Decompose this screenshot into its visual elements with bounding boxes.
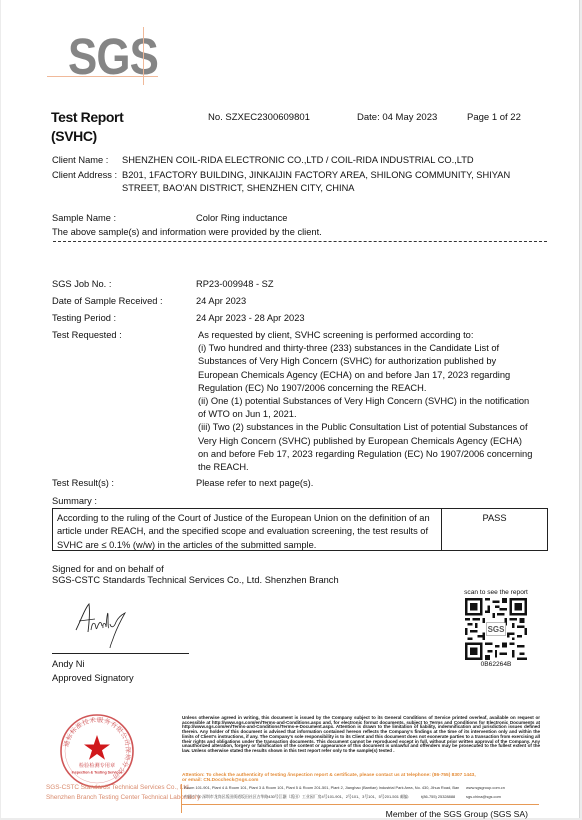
test-requested-text: As requested by client, SVHC screening i… xyxy=(198,329,548,474)
footer-phone: t(86-755) 25328888 xyxy=(421,794,455,799)
test-result-value: Please refer to next page(s). xyxy=(196,477,313,489)
logo-guide-line xyxy=(47,76,158,77)
requested-line: on and before Feb 17, 2023 regarding Reg… xyxy=(198,448,548,461)
testing-period-value: 24 Apr 2023 - 28 Apr 2023 xyxy=(196,312,305,324)
summary-text: According to the ruling of the Court of … xyxy=(57,512,437,552)
requested-line: Very High Concern (SVHC) published by Eu… xyxy=(198,435,548,448)
job-number-value: RP23-009948 - SZ xyxy=(196,278,274,290)
page-indicator: Page 1 of 22 xyxy=(467,112,521,123)
requested-line: As requested by client, SVHC screening i… xyxy=(198,329,548,342)
footer-address-cn: 中国·广东·深圳市龙岗区坂田街道坂田社区吉华路430号江灝（坂田）工业园厂房4号… xyxy=(184,794,409,799)
qr-code[interactable]: SGS xyxy=(465,598,527,660)
client-address-line2: STREET, BAO'AN DISTRICT, SHENZHEN CITY, … xyxy=(122,182,355,194)
signature-image xyxy=(73,600,133,650)
signature-line xyxy=(52,653,189,654)
official-stamp-icon: 通标标准技术服务有限公司深圳分公司 检验检测专用章 Inspection & T… xyxy=(59,713,135,789)
job-number-label: SGS Job No. : xyxy=(52,278,111,290)
authenticity-email[interactable]: or email: CN.Doccheck@sgs.com xyxy=(182,778,542,783)
test-requested-label: Test Requested : xyxy=(52,329,122,341)
sample-name-label: Sample Name : xyxy=(52,212,116,224)
authenticity-notice: Attention: To check the authenticity of … xyxy=(182,773,542,783)
report-title: Test Report xyxy=(51,109,123,125)
qr-caption: scan to see the report xyxy=(464,589,528,597)
report-subtitle: (SVHC) xyxy=(51,128,97,144)
stamp-english-text: Inspection & Testing Services xyxy=(72,771,123,775)
sgs-logo: SGS xyxy=(47,27,158,85)
requested-line: (i) Two hundred and thirty-three (233) s… xyxy=(198,342,548,355)
logo-text: SGS xyxy=(68,31,158,82)
stamp-center-text: 检验检测专用章 xyxy=(79,761,115,769)
logo-guide-line xyxy=(143,27,144,85)
qr-code-id: 0B62264B xyxy=(464,660,528,669)
signatory-name: Andy Ni xyxy=(52,658,85,670)
report-number: No. SZXEC2300609801 xyxy=(208,112,310,123)
qr-center-label: SGS xyxy=(488,625,505,634)
footer-email[interactable]: sgs.china@sgs.com xyxy=(466,794,501,799)
report-date: Date: 04 May 2023 xyxy=(357,112,437,123)
dashed-divider xyxy=(53,241,547,242)
footer-accent-line xyxy=(181,784,182,813)
footer-address-en: Room 101-901, Plant 4 & Room 101, Plant … xyxy=(184,785,459,790)
signing-company: SGS-CSTC Standards Technical Services Co… xyxy=(52,574,339,586)
sample-name-value: Color Ring inductance xyxy=(196,212,287,224)
legal-fine-print: Unless otherwise agreed in writing, this… xyxy=(182,716,540,754)
qr-block: scan to see the report SGS 0B62264B xyxy=(464,589,528,669)
client-name-value: SHENZHEN COIL-RIDA ELECTRONIC CO.,LTD / … xyxy=(122,154,474,166)
sgs-membership: Member of the SGS Group (SGS SA) xyxy=(386,809,528,819)
footer-website[interactable]: www.sgsgroup.com.cn xyxy=(466,785,505,790)
signatory-title: Approved Signatory xyxy=(52,672,134,684)
testing-period-label: Testing Period : xyxy=(52,312,116,324)
requested-line: the REACH. xyxy=(198,461,548,474)
requested-line: (iii) Two (2) substances in the Public C… xyxy=(198,421,548,434)
sample-note: The above sample(s) and information were… xyxy=(52,226,322,238)
sample-received-label: Date of Sample Received : xyxy=(52,295,163,307)
requested-line: Regulation (EC) No 1907/2006 concerning … xyxy=(198,382,548,395)
client-name-label: Client Name : xyxy=(52,154,108,166)
summary-result: PASS xyxy=(442,513,547,523)
test-result-label: Test Result(s) : xyxy=(52,477,114,489)
summary-table: According to the ruling of the Court of … xyxy=(52,508,548,551)
requested-line: European Chemicals Agency (ECHA) on and … xyxy=(198,369,548,382)
footer-company-line2: Shenzhen Branch Testing Center Technical… xyxy=(46,792,200,803)
requested-line: (ii) One (1) potential Substances of Ver… xyxy=(198,395,548,408)
summary-label: Summary : xyxy=(52,495,97,507)
footer-accent-line xyxy=(181,804,539,805)
sample-received-value: 24 Apr 2023 xyxy=(196,295,246,307)
requested-line: Substances of Very High Concern (SVHC) f… xyxy=(198,355,548,368)
report-page: SGS Test Report (SVHC) No. SZXEC23006098… xyxy=(1,0,580,818)
requested-line: of WTO on Jun 1, 2021. xyxy=(198,408,548,421)
client-address-label: Client Address : xyxy=(52,169,117,181)
client-address-line1: B201, 1FACTORY BUILDING, JINKAIJIN FACTO… xyxy=(122,169,510,181)
